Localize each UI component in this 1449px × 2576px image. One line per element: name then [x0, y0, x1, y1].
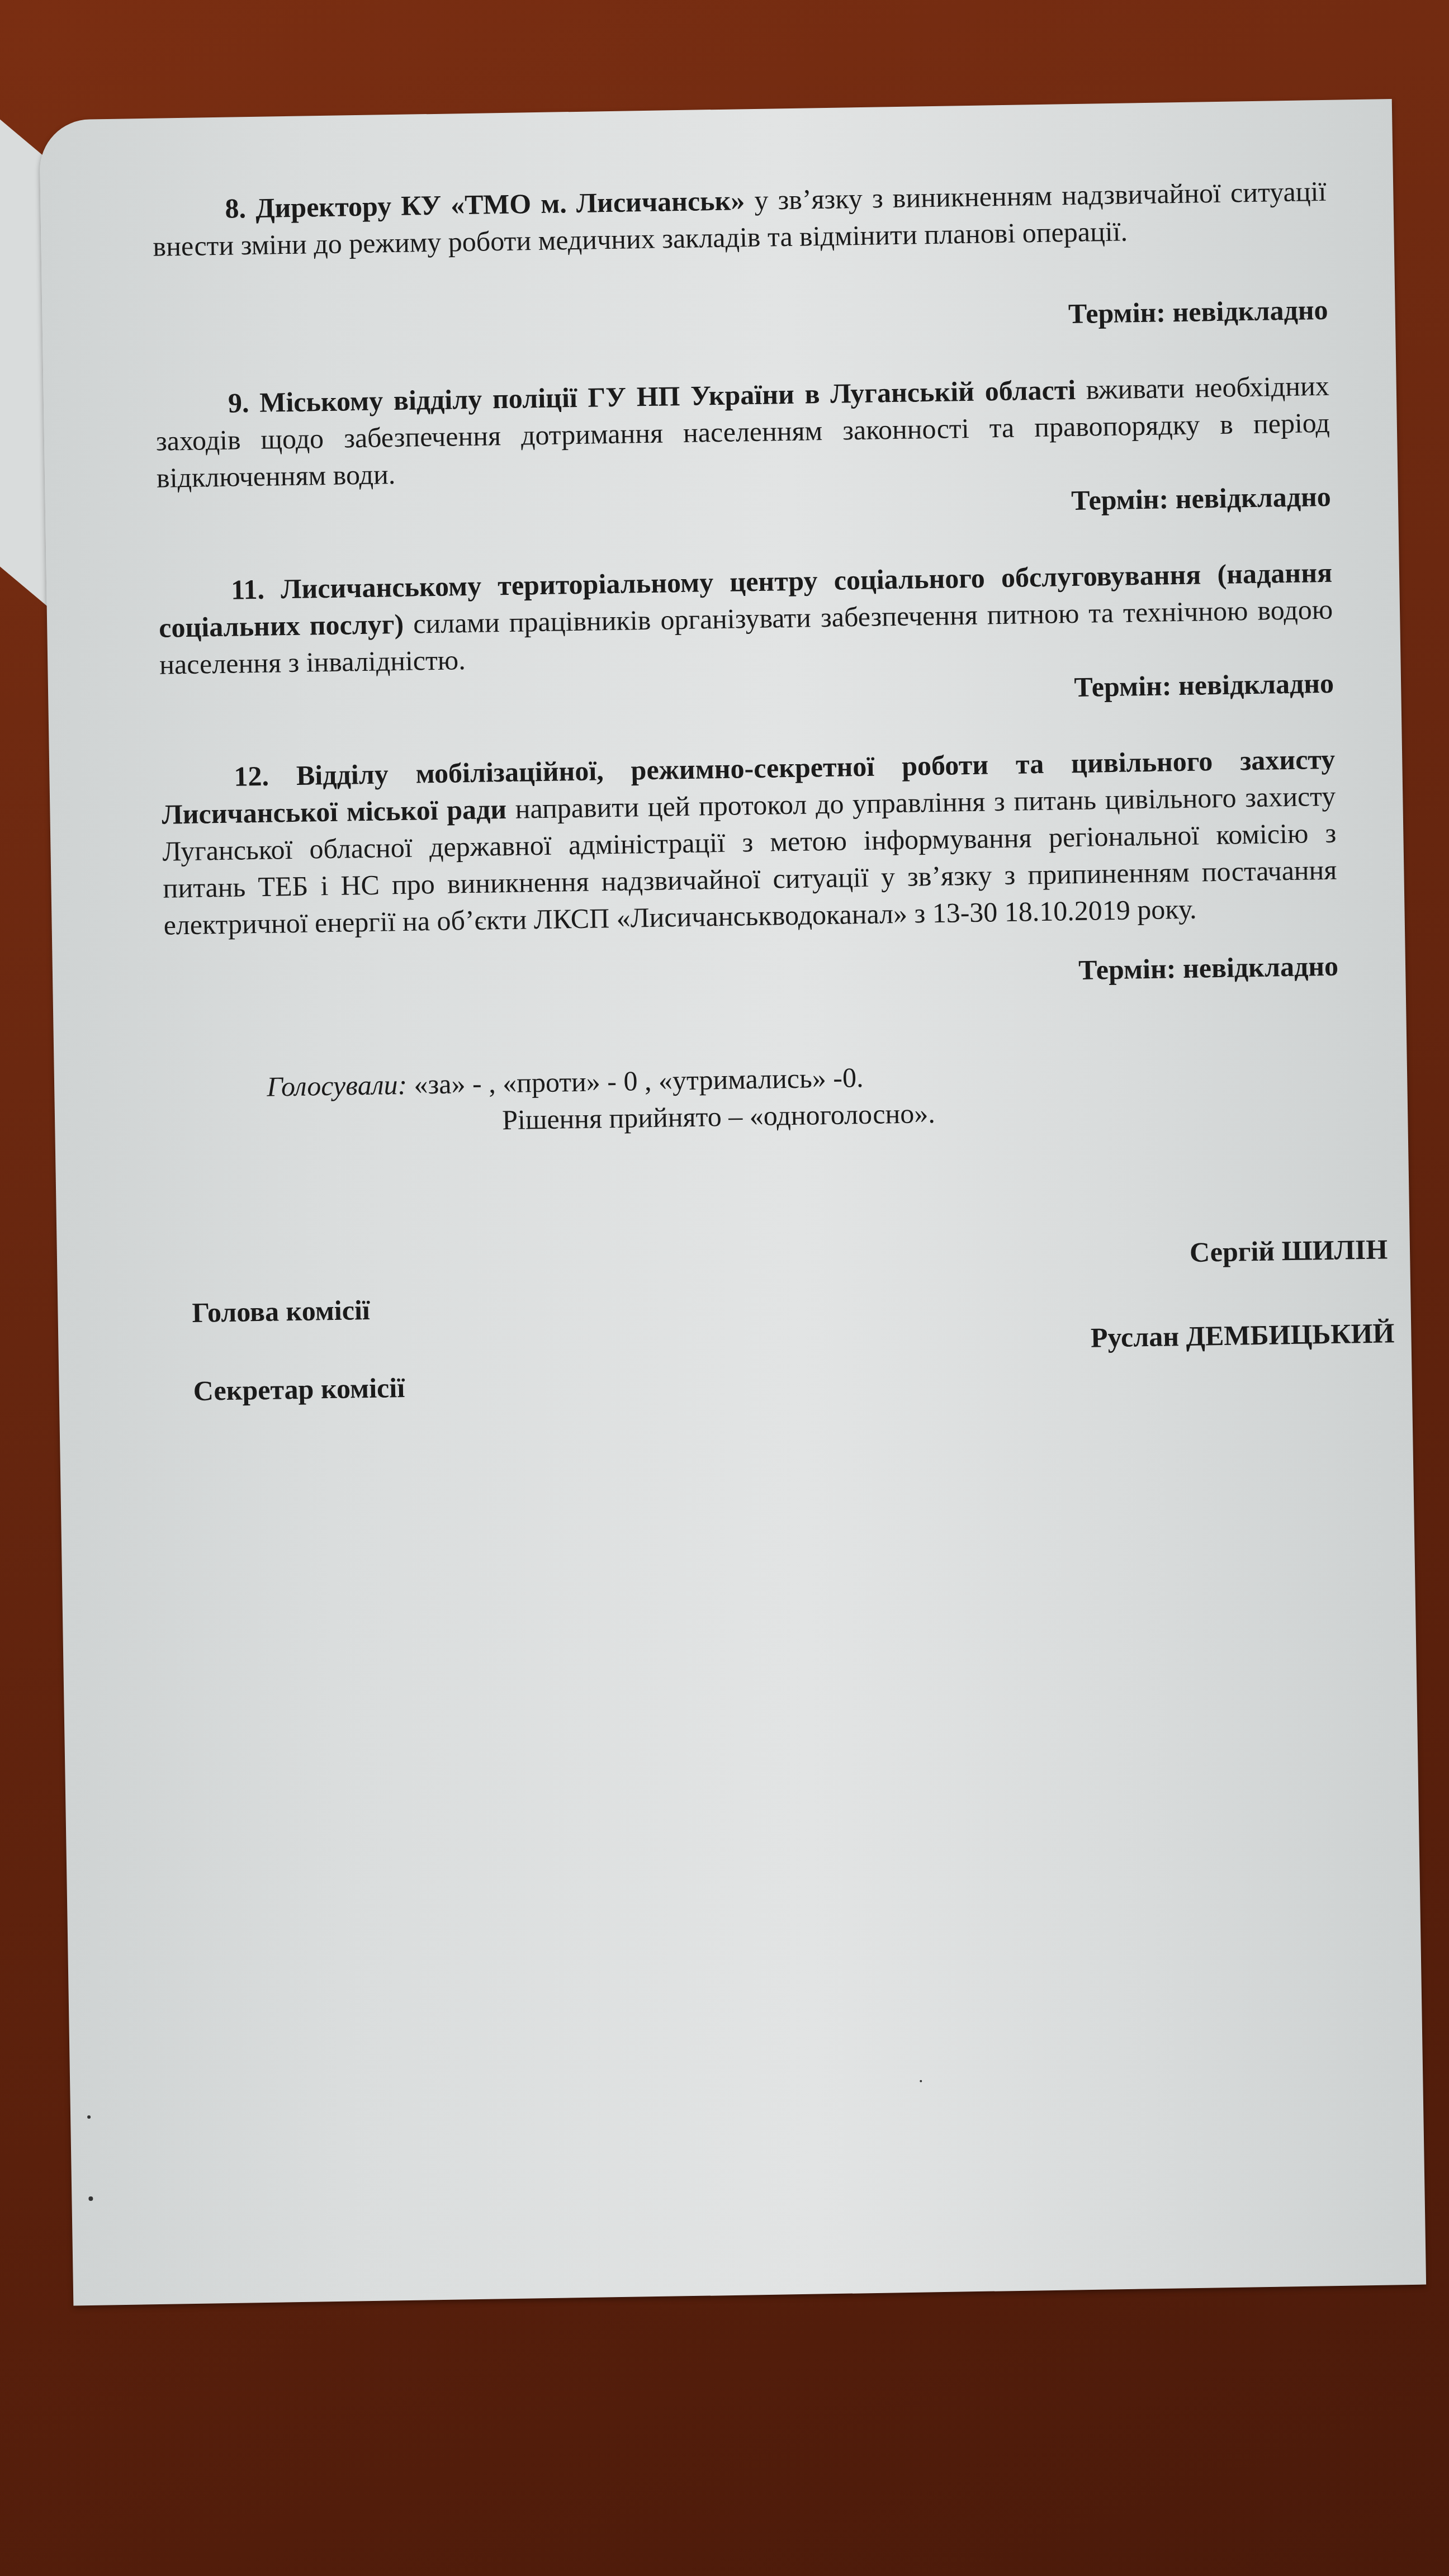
- document-content: 8. Директору КУ «ТМО м. Лисичанськ» у зв…: [152, 173, 1346, 1434]
- item-8-deadline: Термін: невідкладно: [154, 291, 1328, 347]
- vote-counts: «за» - , «проти» - 0 , «утримались» -0.: [407, 1062, 864, 1100]
- paper-speck: [87, 2115, 91, 2119]
- item-11-number: 11.: [231, 574, 265, 605]
- item-12-number: 12.: [234, 760, 269, 792]
- secretary-name: Руслан ДЕМБИЦЬКИЙ: [1090, 1314, 1394, 1356]
- paper-speck: [920, 2080, 922, 2082]
- secretary-title: Секретар комісії: [193, 1369, 405, 1409]
- item-9-addressee: Міському відділу поліції ГУ НП України в…: [259, 374, 1076, 418]
- document-page: 8. Директору КУ «ТМО м. Лисичанськ» у зв…: [39, 99, 1426, 2306]
- signatures-block: Голова комісії Сергій ШИЛІН Секретар ком…: [169, 1232, 1346, 1434]
- item-11: 11. Лисичанському територіальному центру…: [158, 554, 1334, 683]
- vote-label: Голосували:: [267, 1069, 408, 1102]
- item-9-number: 9.: [228, 387, 249, 419]
- item-8-addressee: Директору КУ «ТМО м. Лисичанськ»: [255, 184, 745, 224]
- item-12-deadline: Термін: невідкладно: [164, 948, 1339, 1003]
- paper-speck: [88, 2196, 93, 2201]
- item-8-number: 8.: [225, 192, 246, 224]
- item-12: 12. Відділу мобілізаційної, режимно-секр…: [161, 741, 1338, 944]
- chair-title: Голова комісії: [192, 1291, 370, 1331]
- item-8: 8. Директору КУ «ТМО м. Лисичанськ» у зв…: [152, 173, 1327, 265]
- chair-name: Сергій ШИЛІН: [1190, 1230, 1388, 1271]
- item-9: 9. Міському відділу поліції ГУ НП Україн…: [155, 367, 1330, 496]
